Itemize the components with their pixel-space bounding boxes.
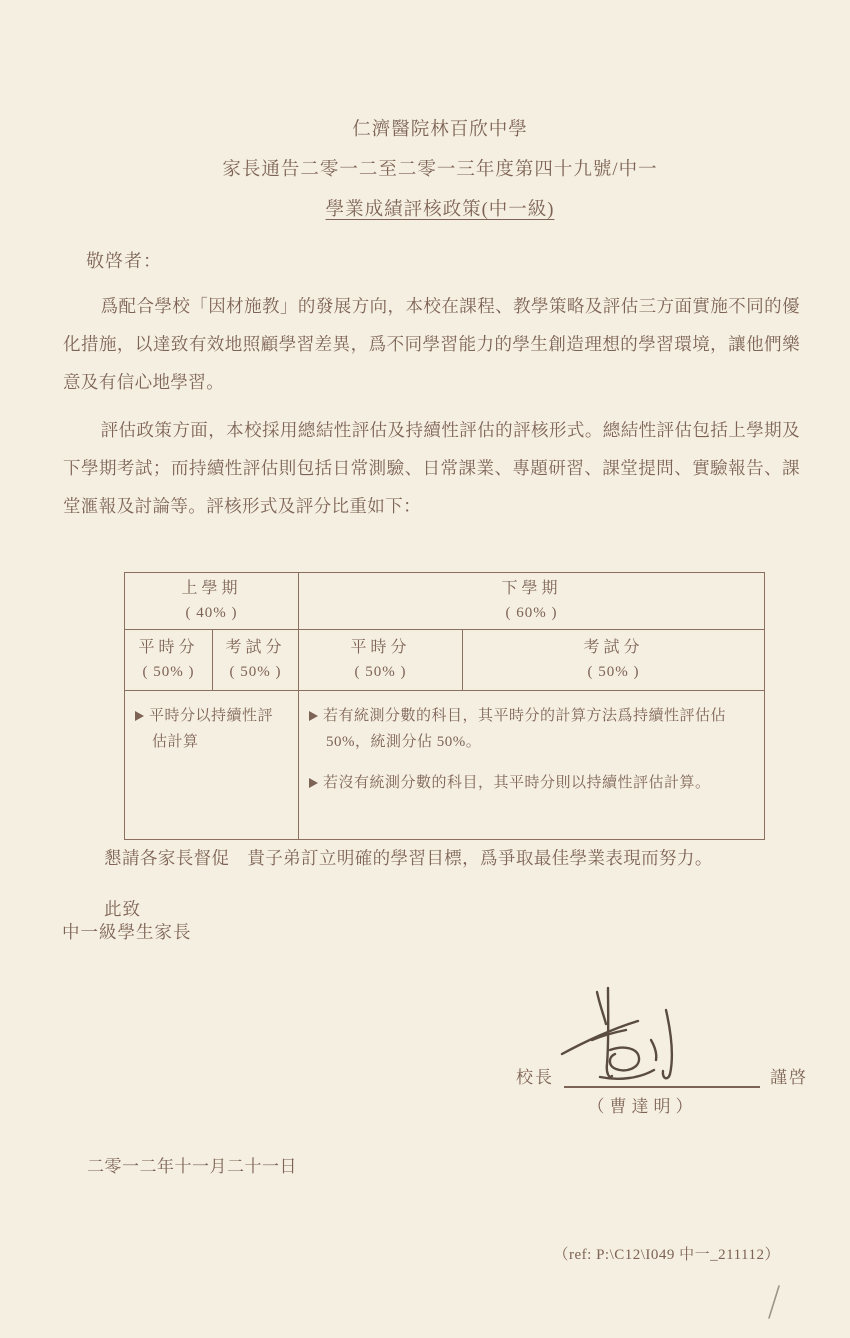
cell-exam-mark-2: 考試分 ( 50% ): [463, 630, 765, 691]
closing-salute: 此致: [104, 896, 141, 921]
doc-title: 學業成績評核政策(中一級): [70, 190, 810, 230]
cell-second-term: 下學期 ( 60% ): [299, 573, 765, 630]
doc-title-text: 學業成績評核政策(中一級): [326, 200, 555, 220]
cell-first-term-notes: 平時分以持續性評估計算: [125, 691, 299, 840]
salutation: 敬啓者：: [86, 247, 162, 273]
note-text: 若沒有統測分數的科目，其平時分則以持續性評估計算。: [323, 775, 711, 791]
principal-name: （曹達明）: [570, 1092, 715, 1117]
second-term-label: 下學期: [299, 576, 764, 601]
note-text: 平時分以持續性評估計算: [149, 708, 273, 750]
assessment-weighting-table: 上學期 ( 40% ) 下學期 ( 60% ) 平時分 ( 50% ) 考試分 …: [124, 572, 765, 840]
footer-reference: （ref: P:\C12\I049 中一_211112）: [554, 1243, 781, 1264]
school-name: 仁濟醫院林百欣中學: [70, 110, 810, 150]
paragraph-assessment-policy: 評估政策方面，本校採用總結性評估及持續性評估的評核形式。總結性評估包括上學期及下…: [63, 411, 800, 525]
note-item: 若有統測分數的科目，其平時分的計算方法爲持續性評估佔 50%，統測分佔 50%。: [309, 703, 752, 755]
pen-stroke-mark: [760, 1280, 790, 1325]
note-item: 若沒有統測分數的科目，其平時分則以持續性評估計算。: [309, 770, 752, 796]
scanned-notice-page: 仁濟醫院林百欣中學 家長通告二零一二至二零一三年度第四十九號/中一 學業成績評核…: [0, 0, 850, 1338]
note-text: 若有統測分數的科目，其平時分的計算方法爲持續性評估佔 50%，統測分佔 50%。: [323, 708, 726, 750]
first-term-weight: ( 40% ): [125, 601, 298, 626]
table-notes-row: 平時分以持續性評估計算 若有統測分數的科目，其平時分的計算方法爲持續性評估佔 5…: [125, 691, 765, 840]
cell-daily-mark-2: 平時分 ( 50% ): [299, 630, 463, 691]
cell-second-term-notes: 若有統測分數的科目，其平時分的計算方法爲持續性評估佔 50%，統測分佔 50%。…: [299, 691, 765, 840]
doc-header: 仁濟醫院林百欣中學 家長通告二零一二至二零一三年度第四十九號/中一 學業成績評核…: [70, 110, 810, 230]
note-item: 平時分以持續性評估計算: [135, 703, 286, 755]
signature-respect: 謹啓: [770, 1063, 808, 1088]
date-line: 二零一二年十一月二十一日: [87, 1152, 297, 1177]
notice-number-line: 家長通告二零一二至二零一三年度第四十九號/中一: [70, 150, 810, 190]
table-term-header-row: 上學期 ( 40% ) 下學期 ( 60% ): [125, 573, 765, 630]
cell-daily-mark-1: 平時分 ( 50% ): [125, 630, 213, 691]
principal-signature-scribble: [548, 980, 708, 1092]
first-term-label: 上學期: [125, 576, 298, 601]
paragraph-development-direction: 爲配合學校「因材施教」的發展方向，本校在課程、教學策略及評估三方面實施不同的優化…: [63, 287, 800, 401]
cell-first-term: 上學期 ( 40% ): [125, 573, 299, 630]
arrow-bullet-icon: [309, 778, 318, 788]
table-component-header-row: 平時分 ( 50% ) 考試分 ( 50% ) 平時分 ( 50% ) 考試分 …: [125, 630, 765, 691]
closing-addressee: 中一級學生家長: [62, 919, 192, 944]
closing-request: 懇請各家長督促 貴子弟訂立明確的學習目標，爲爭取最佳學業表現而努力。: [63, 845, 800, 870]
arrow-bullet-icon: [135, 711, 144, 721]
cell-exam-mark-1: 考試分 ( 50% ): [213, 630, 299, 691]
arrow-bullet-icon: [309, 711, 318, 721]
second-term-weight: ( 60% ): [299, 601, 764, 626]
